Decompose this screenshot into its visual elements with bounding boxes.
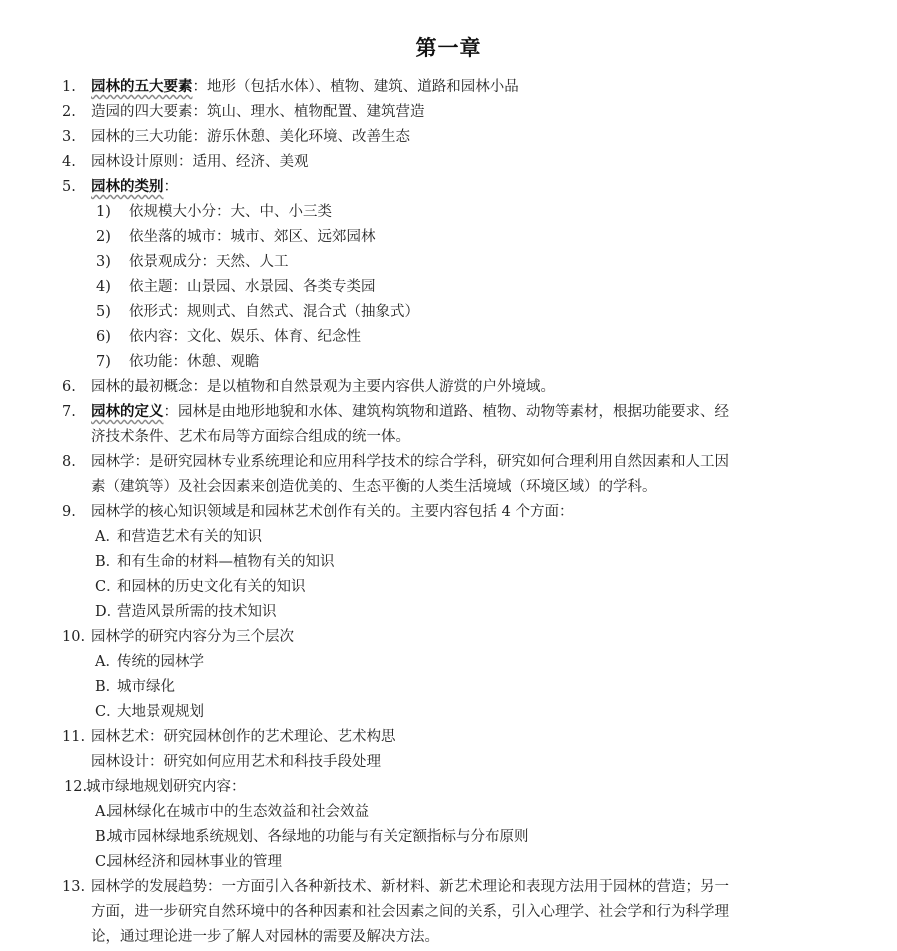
item-keyword: 园林的五大要素 xyxy=(91,79,193,95)
sub-item-text: 城市园林绿地系统规划、各绿地的功能与有关定额指标与分布原则 xyxy=(108,825,529,850)
sub-item-text: 依形式：规则式、自然式、混合式（抽象式） xyxy=(129,300,419,325)
item-text: 造园的四大要素：筑山、理水、植物配置、建筑营造 xyxy=(91,100,425,125)
item-text: 园林的三大功能：游乐休憩、美化环境、改善生态 xyxy=(91,125,410,150)
item-number: 5. xyxy=(62,175,76,200)
sub-item-text: 依景观成分：天然、人工 xyxy=(129,250,289,275)
list-item-13-continuation: 论，通过理论进一步了解人对园林的需要及解决方法。 xyxy=(91,925,439,950)
item-text: 园林设计原则：适用、经济、美观 xyxy=(91,150,309,175)
item-number: 1. xyxy=(62,75,76,100)
item-text: 园林学的研究内容分为三个层次 xyxy=(91,625,294,650)
sub-item-text: 和有生命的材料—植物有关的知识 xyxy=(117,550,335,575)
list-item-11-continuation: 园林设计：研究如何应用艺术和科技手段处理 xyxy=(91,750,381,775)
item-number: 6. xyxy=(62,375,76,400)
item-keyword: 园林的类别 xyxy=(91,179,164,195)
item-keyword: 园林的定义 xyxy=(91,404,164,420)
sub-item-text: 依主题：山景园、水景园、各类专类园 xyxy=(129,275,376,300)
list-item-7-continuation: 济技术条件、艺术布局等方面综合组成的统一体。 xyxy=(91,425,410,450)
list-item-8-continuation: 素（建筑等）及社会因素来创造优美的、生态平衡的人类生活境域（环境区域）的学科。 xyxy=(91,475,657,500)
sub-item-number: 4) xyxy=(96,275,111,300)
sub-item-number: 6) xyxy=(96,325,111,350)
item-text: 城市绿地规划研究内容： xyxy=(86,775,246,800)
sub-item-number: 3) xyxy=(96,250,111,275)
sub-item-text: 和营造艺术有关的知识 xyxy=(117,525,262,550)
item-number: 10. xyxy=(62,625,85,650)
sub-item-text: 园林经济和园林事业的管理 xyxy=(108,850,282,875)
sub-item-number: 2) xyxy=(96,225,111,250)
sub-item-text: 传统的园林学 xyxy=(117,650,204,675)
item-text: 园林学的发展趋势：一方面引入各种新技术、新材料、新艺术理论和表现方法用于园林的营… xyxy=(91,875,729,900)
sub-item-text: 大地景观规划 xyxy=(117,700,204,725)
sub-item-text: 营造风景所需的技术知识 xyxy=(117,600,277,625)
sub-item-text: 依坐落的城市：城市、郊区、远郊园林 xyxy=(129,225,376,250)
list-item-13-continuation: 方面，进一步研究自然环境中的各种因素和社会因素之间的关系，引入心理学、社会学和行… xyxy=(91,900,729,925)
document-page: 第一章 1. 园林的五大要素：地形（包括水体）、植物、建筑、道路和园林小品 2.… xyxy=(0,0,897,951)
item-text: 园林的最初概念：是以植物和自然景观为主要内容供人游赏的户外境域。 xyxy=(91,375,555,400)
item-number: 11. xyxy=(62,725,85,750)
item-number: 3. xyxy=(62,125,76,150)
item-number: 8. xyxy=(62,450,76,475)
chapter-title: 第一章 xyxy=(0,32,897,62)
sub-item-number: 1) xyxy=(96,200,111,225)
sub-item-text: 依功能：休憩、观瞻 xyxy=(129,350,260,375)
sub-item-text: 城市绿化 xyxy=(117,675,175,700)
item-number: 7. xyxy=(62,400,76,425)
sub-item-text: 依内容：文化、娱乐、体育、纪念性 xyxy=(129,325,361,350)
sub-item-text: 依规模大小分：大、中、小三类 xyxy=(129,200,332,225)
item-text: 园林的定义：园林是由地形地貌和水体、建筑构筑物和道路、植物、动物等素材，根据功能… xyxy=(91,400,729,425)
item-number: 2. xyxy=(62,100,76,125)
sub-item-text: 和园林的历史文化有关的知识 xyxy=(117,575,306,600)
item-number: 9. xyxy=(62,500,76,525)
item-number: 4. xyxy=(62,150,76,175)
item-text: 园林学：是研究园林专业系统理论和应用科学技术的综合学科，研究如何合理利用自然因素… xyxy=(91,450,729,475)
sub-item-number: 7) xyxy=(96,350,111,375)
item-text: 园林艺术：研究园林创作的艺术理论、艺术构思 xyxy=(91,725,396,750)
sub-item-number: 5) xyxy=(96,300,111,325)
item-text: 园林学的核心知识领域是和园林艺术创作有关的。主要内容包括 4 个方面： xyxy=(91,500,573,525)
item-text: 园林的类别： xyxy=(91,175,178,200)
sub-item-text: 园林绿化在城市中的生态效益和社会效益 xyxy=(108,800,369,825)
item-text: 园林的五大要素：地形（包括水体）、植物、建筑、道路和园林小品 xyxy=(91,75,519,100)
item-number: 13. xyxy=(62,875,85,900)
